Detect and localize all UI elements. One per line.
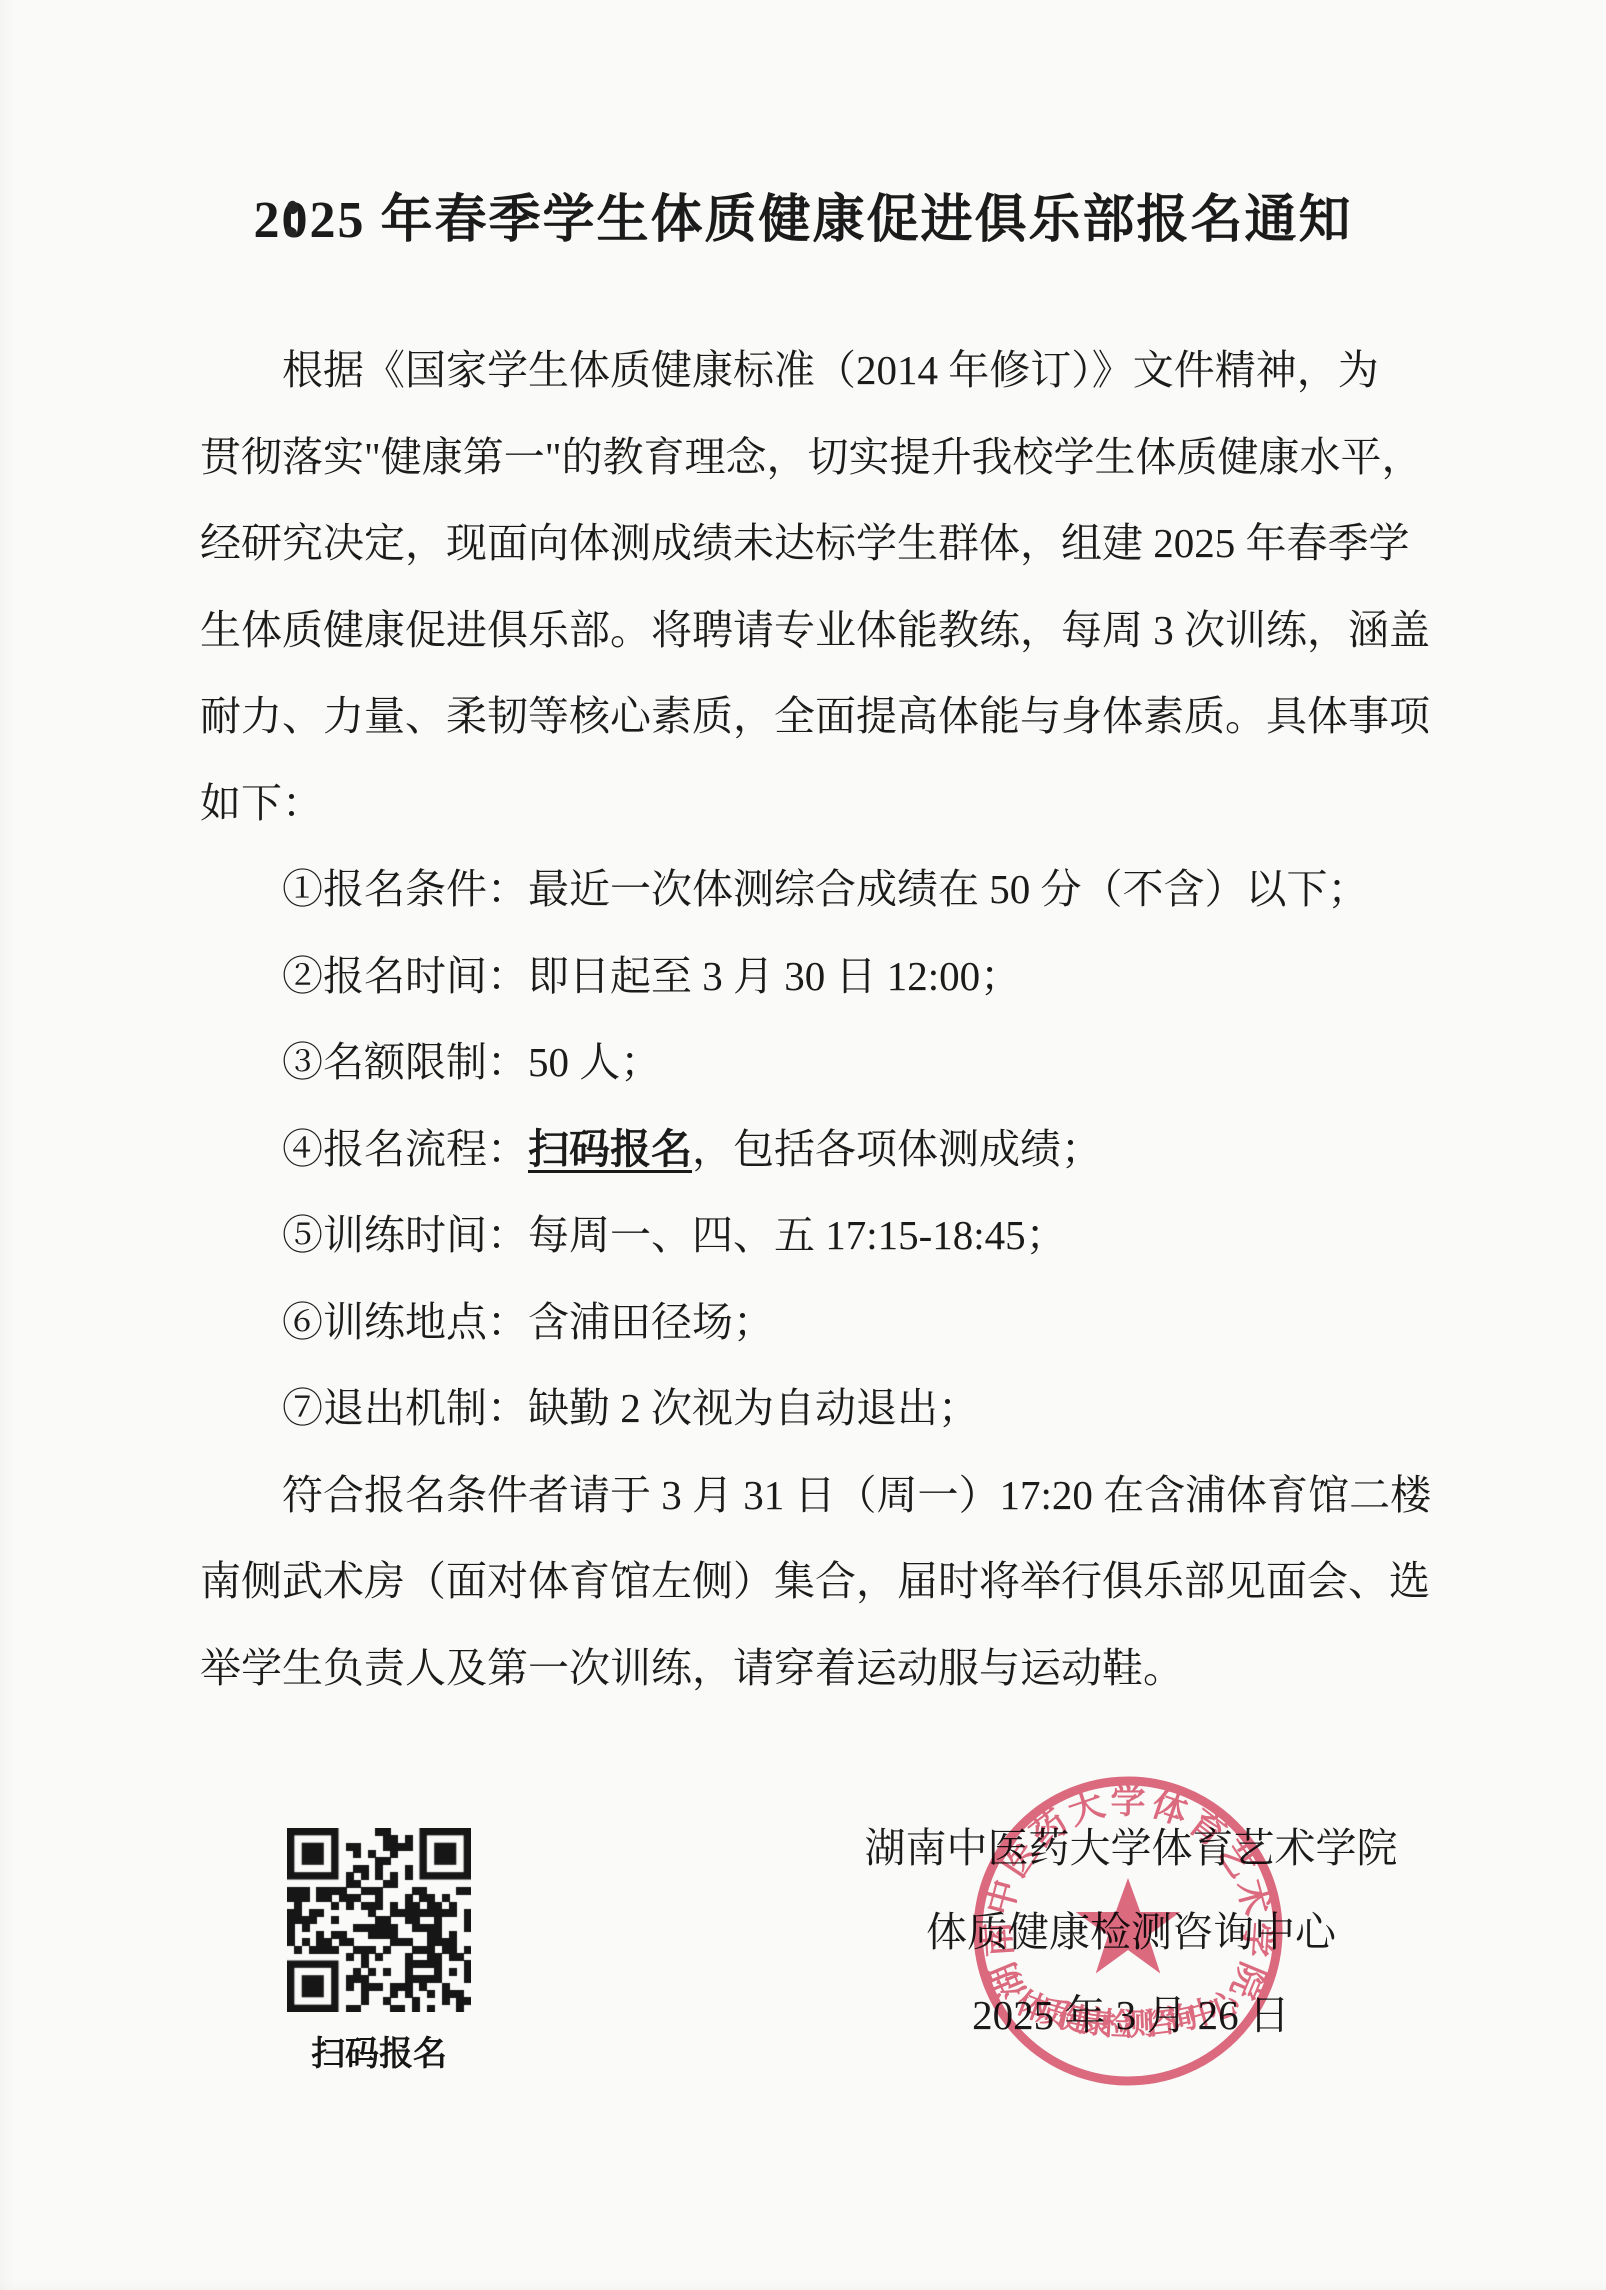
text-run: 经研究决定，现面向体测成绩未达标学生群体，组建 2025 年春季学 — [200, 520, 1410, 566]
body-line-9: ③名额限制：50 人； — [200, 1019, 1410, 1106]
text-run: 南侧武术房（面对体育馆左侧）集合，届时将举行俱乐部见面会、选 — [200, 1558, 1430, 1604]
body-line-6: 如下： — [200, 760, 1410, 847]
body-line-2: 贯彻落实"健康第一"的教育理念，切实提升我校学生体质健康水平， — [200, 414, 1410, 501]
text-run: ③名额限制：50 人； — [282, 1039, 661, 1085]
text-run: 符合报名条件者请于 3 月 31 日（周一）17:20 在含浦体育馆二楼 — [282, 1472, 1431, 1518]
text-run: 耐力、力量、柔韧等核心素质，全面提高体能与身体素质。具体事项 — [200, 693, 1430, 739]
text-run: ，包括各项体测成绩； — [692, 1126, 1102, 1172]
body-line-15: 南侧武术房（面对体育馆左侧）集合，届时将举行俱乐部见面会、选 — [200, 1538, 1410, 1625]
text-run: ⑥训练地点：含浦田径场； — [282, 1299, 774, 1345]
text-run: 根据《国家学生体质健康标准（2014 年修订）》文件精神，为 — [282, 347, 1379, 393]
qr-code — [287, 1828, 471, 2012]
body-line-8: ②报名时间：即日起至 3 月 30 日 12:00； — [200, 933, 1410, 1020]
seal-bottom-text: 体质健康检测咨询中心 — [1012, 1984, 1245, 2042]
text-run: ②报名时间：即日起至 3 月 30 日 12:00； — [282, 953, 1021, 999]
body-line-16: 举学生负责人及第一次训练，请穿着运动服与运动鞋。 — [200, 1625, 1410, 1712]
text-run: ①报名条件：最近一次体测综合成绩在 50 分（不含）以下； — [282, 866, 1369, 912]
text-run: ④报名流程： — [282, 1126, 528, 1172]
body-line-5: 耐力、力量、柔韧等核心素质，全面提高体能与身体素质。具体事项 — [200, 673, 1410, 760]
text-run: ⑦退出机制：缺勤 2 次视为自动退出； — [282, 1385, 979, 1431]
body-line-11: ⑤训练时间：每周一、四、五 17:15-18:45； — [200, 1192, 1410, 1279]
seal-star-icon — [1076, 1878, 1181, 1974]
official-seal: 湖南中医药大学体育艺术学院 体质健康检测咨询中心 — [968, 1771, 1288, 2091]
body-line-1: 根据《国家学生体质健康标准（2014 年修订）》文件精神，为 — [200, 327, 1410, 414]
text-run: 贯彻落实"健康第一"的教育理念，切实提升我校学生体质健康水平， — [200, 434, 1422, 480]
text-run: ⑤训练时间：每周一、四、五 17:15-18:45； — [282, 1212, 1067, 1258]
underlined-link-text: 扫码报名 — [528, 1126, 692, 1172]
text-run: 生体质健康促进俱乐部。将聘请专业体能教练，每周 3 次训练，涵盖 — [200, 607, 1430, 653]
body-line-3: 经研究决定，现面向体测成绩未达标学生群体，组建 2025 年春季学 — [200, 500, 1410, 587]
body-line-4: 生体质健康促进俱乐部。将聘请专业体能教练，每周 3 次训练，涵盖 — [200, 587, 1410, 674]
document-body: 根据《国家学生体质健康标准（2014 年修订）》文件精神，为贯彻落实"健康第一"… — [200, 327, 1410, 1711]
notice-document-page: 2025 年春季学生体质健康促进俱乐部报名通知 根据《国家学生体质健康标准（20… — [0, 0, 1606, 2290]
body-line-14: 符合报名条件者请于 3 月 31 日（周一）17:20 在含浦体育馆二楼 — [200, 1452, 1410, 1539]
body-line-7: ①报名条件：最近一次体测综合成绩在 50 分（不含）以下； — [200, 846, 1410, 933]
body-line-13: ⑦退出机制：缺勤 2 次视为自动退出； — [200, 1365, 1410, 1452]
qr-caption: 扫码报名 — [277, 2024, 481, 2084]
document-title: 2025 年春季学生体质健康促进俱乐部报名通知 — [0, 184, 1606, 258]
body-line-10: ④报名流程：扫码报名，包括各项体测成绩； — [200, 1106, 1410, 1193]
text-run: 举学生负责人及第一次训练，请穿着运动服与运动鞋。 — [200, 1645, 1184, 1691]
text-run: 如下： — [200, 780, 323, 826]
body-line-12: ⑥训练地点：含浦田径场； — [200, 1279, 1410, 1366]
